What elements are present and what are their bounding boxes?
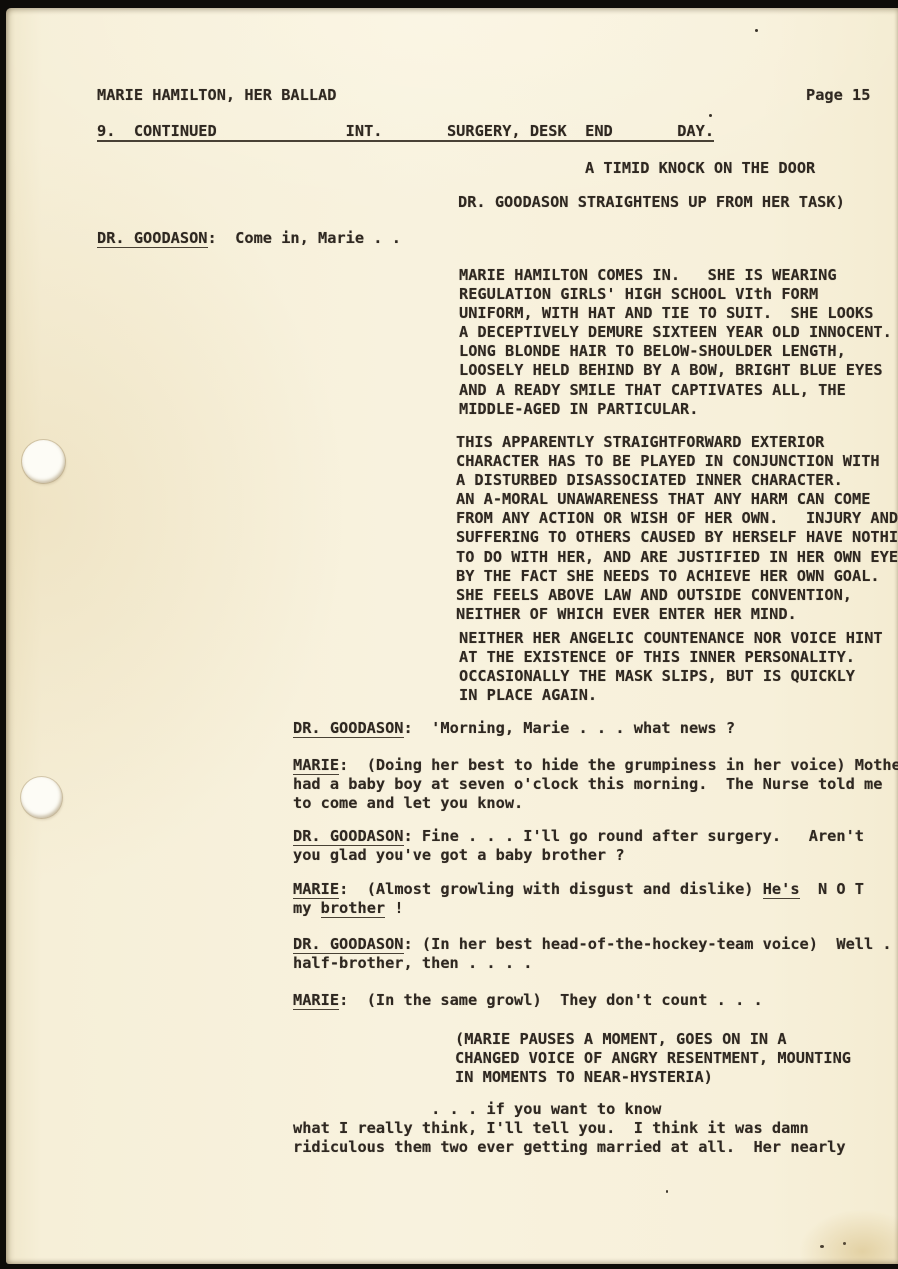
- text-segment: SHE FEELS ABOVE LAW AND OUTSIDE CONVENTI…: [456, 586, 852, 604]
- script-line: LONG BLONDE HAIR TO BELOW-SHOULDER LENGT…: [459, 342, 892, 361]
- script-line: my brother !: [293, 899, 864, 918]
- script-line: NEITHER OF WHICH EVER ENTER HER MIND.: [456, 605, 898, 624]
- text-segment: FROM ANY ACTION OR WISH OF HER OWN. INJU…: [456, 509, 898, 527]
- script-line: had a baby boy at seven o'clock this mor…: [293, 775, 898, 794]
- script-line: BY THE FACT SHE NEEDS TO ACHIEVE HER OWN…: [456, 567, 898, 586]
- punch-hole-top: [22, 440, 65, 483]
- dialogue-goodason-morning: DR. GOODASON: 'Morning, Marie . . . what…: [293, 719, 735, 738]
- text-segment: LONG BLONDE HAIR TO BELOW-SHOULDER LENGT…: [459, 342, 846, 360]
- text-segment: AN A-MORAL UNAWARENESS THAT ANY HARM CAN…: [456, 490, 870, 508]
- underlined-text: He's: [763, 880, 800, 899]
- script-line: SUFFERING TO OTHERS CAUSED BY HERSELF HA…: [456, 528, 898, 547]
- text-segment: : (In her best head-of-the-hockey-team v…: [404, 935, 892, 953]
- underlined-text: 9. CONTINUED INT. SURGERY, DESK END DAY.: [97, 122, 714, 142]
- text-segment: REGULATION GIRLS' HIGH SCHOOL VIth FORM: [459, 285, 818, 303]
- script-line: A DISTURBED DISASSOCIATED INNER CHARACTE…: [456, 471, 898, 490]
- stage-direction-marie-enters: MARIE HAMILTON COMES IN. SHE IS WEARINGR…: [459, 266, 892, 419]
- scene-heading: 9. CONTINUED INT. SURGERY, DESK END DAY.: [97, 122, 714, 141]
- punch-hole-bottom: [21, 777, 62, 818]
- stage-direction-straightens: DR. GOODASON STRAIGHTENS UP FROM HER TAS…: [458, 193, 845, 212]
- script-line: CHANGED VOICE OF ANGRY RESENTMENT, MOUNT…: [455, 1049, 851, 1068]
- script-line: DR. GOODASON: Come in, Marie . .: [97, 229, 401, 248]
- page-number: Page 15: [806, 86, 870, 105]
- underlined-text: DR. GOODASON: [293, 827, 404, 846]
- dialogue-marie-dont-count: MARIE: (In the same growl) They don't co…: [293, 991, 763, 1010]
- script-line: CHARACTER HAS TO BE PLAYED IN CONJUNCTIO…: [456, 452, 898, 471]
- script-line: A TIMID KNOCK ON THE DOOR: [585, 159, 815, 178]
- text-segment: AND A READY SMILE THAT CAPTIVATES ALL, T…: [459, 381, 846, 399]
- script-line: DR. GOODASON: Fine . . . I'll go round a…: [293, 827, 864, 846]
- text-segment: half-brother, then . . . .: [293, 954, 532, 972]
- dialogue-goodason-half-brother: DR. GOODASON: (In her best head-of-the-h…: [293, 935, 892, 973]
- script-line: UNIFORM, WITH HAT AND TIE TO SUIT. SHE L…: [459, 304, 892, 323]
- text-segment: NEITHER OF WHICH EVER ENTER HER MIND.: [456, 605, 797, 623]
- underlined-text: DR. GOODASON: [97, 229, 208, 248]
- text-segment: TO DO WITH HER, AND ARE JUSTIFIED IN HER…: [456, 548, 898, 566]
- text-segment: LOOSELY HELD BEHIND BY A BOW, BRIGHT BLU…: [459, 361, 883, 379]
- stage-direction-angelic-countenance: NEITHER HER ANGELIC COUNTENANCE NOR VOIC…: [459, 629, 883, 705]
- text-segment: : (Almost growling with disgust and disl…: [339, 880, 763, 898]
- script-line: DR. GOODASON: (In her best head-of-the-h…: [293, 935, 892, 954]
- text-segment: AT THE EXISTENCE OF THIS INNER PERSONALI…: [459, 648, 855, 666]
- text-segment: : (Doing her best to hide the grumpiness…: [339, 756, 898, 774]
- dialogue-marie-if-you-want-to-know: . . . if you want to knowwhat I really t…: [293, 1100, 846, 1157]
- script-line: MARIE: (Almost growling with disgust and…: [293, 880, 864, 899]
- text-segment: my: [293, 899, 321, 917]
- script-line: you glad you've got a baby brother ?: [293, 846, 864, 865]
- script-line: MARIE: (Doing her best to hide the grump…: [293, 756, 898, 775]
- underlined-text: MARIE: [293, 880, 339, 899]
- script-line: (MARIE PAUSES A MOMENT, GOES ON IN A: [455, 1030, 851, 1049]
- script-line: AN A-MORAL UNAWARENESS THAT ANY HARM CAN…: [456, 490, 898, 509]
- script-line: OCCASIONALLY THE MASK SLIPS, BUT IS QUIC…: [459, 667, 883, 686]
- script-line: IN PLACE AGAIN.: [459, 686, 883, 705]
- script-line: to come and let you know.: [293, 794, 898, 813]
- text-segment: : Fine . . . I'll go round after surgery…: [404, 827, 864, 845]
- script-line: MARIE: (In the same growl) They don't co…: [293, 991, 763, 1010]
- script-line: half-brother, then . . . .: [293, 954, 892, 973]
- underlined-text: brother: [321, 899, 385, 918]
- text-segment: CHANGED VOICE OF ANGRY RESENTMENT, MOUNT…: [455, 1049, 851, 1067]
- underlined-text: DR. GOODASON: [293, 935, 404, 954]
- underlined-text: MARIE: [293, 991, 339, 1010]
- text-segment: NEITHER HER ANGELIC COUNTENANCE NOR VOIC…: [459, 629, 883, 647]
- dialogue-marie-baby-boy: MARIE: (Doing her best to hide the grump…: [293, 756, 898, 813]
- script-line: DR. GOODASON STRAIGHTENS UP FROM HER TAS…: [458, 193, 845, 212]
- text-segment: IN MOMENTS TO NEAR-HYSTERIA): [455, 1068, 713, 1086]
- text-segment: MARIE HAMILTON COMES IN. SHE IS WEARING: [459, 266, 837, 284]
- script-line: FROM ANY ACTION OR WISH OF HER OWN. INJU…: [456, 509, 898, 528]
- text-segment: . . . if you want to know: [293, 1100, 661, 1118]
- script-line: AT THE EXISTENCE OF THIS INNER PERSONALI…: [459, 648, 883, 667]
- dialogue-goodason-fine: DR. GOODASON: Fine . . . I'll go round a…: [293, 827, 864, 865]
- ink-speck: [755, 29, 758, 32]
- text-segment: MIDDLE-AGED IN PARTICULAR.: [459, 400, 698, 418]
- text-segment: (MARIE PAUSES A MOMENT, GOES ON IN A: [455, 1030, 787, 1048]
- text-segment: you glad you've got a baby brother ?: [293, 846, 625, 864]
- script-line: LOOSELY HELD BEHIND BY A BOW, BRIGHT BLU…: [459, 361, 892, 380]
- text-segment: DR. GOODASON STRAIGHTENS UP FROM HER TAS…: [458, 193, 845, 211]
- script-line: REGULATION GIRLS' HIGH SCHOOL VIth FORM: [459, 285, 892, 304]
- underlined-text: DR. GOODASON: [293, 719, 404, 738]
- script-line: ridiculous them two ever getting married…: [293, 1138, 846, 1157]
- script-line: SHE FEELS ABOVE LAW AND OUTSIDE CONVENTI…: [456, 586, 898, 605]
- text-segment: A TIMID KNOCK ON THE DOOR: [585, 159, 815, 177]
- scanned-script-page: MARIE HAMILTON, HER BALLAD Page 15 9. CO…: [0, 0, 898, 1269]
- text-segment: A DECEPTIVELY DEMURE SIXTEEN YEAR OLD IN…: [459, 323, 892, 341]
- text-segment: had a baby boy at seven o'clock this mor…: [293, 775, 882, 793]
- text-segment: : 'Morning, Marie . . . what news ?: [404, 719, 736, 737]
- text-segment: : (In the same growl) They don't count .…: [339, 991, 763, 1009]
- text-segment: SUFFERING TO OTHERS CAUSED BY HERSELF HA…: [456, 528, 898, 546]
- script-line: MARIE HAMILTON COMES IN. SHE IS WEARING: [459, 266, 892, 285]
- script-line: IN MOMENTS TO NEAR-HYSTERIA): [455, 1068, 851, 1087]
- text-segment: IN PLACE AGAIN.: [459, 686, 597, 704]
- ink-speck: [843, 1242, 846, 1245]
- dialogue-goodason-come-in: DR. GOODASON: Come in, Marie . .: [97, 229, 401, 248]
- script-line: NEITHER HER ANGELIC COUNTENANCE NOR VOIC…: [459, 629, 883, 648]
- text-segment: UNIFORM, WITH HAT AND TIE TO SUIT. SHE L…: [459, 304, 873, 322]
- underlined-text: MARIE: [293, 756, 339, 775]
- text-segment: what I really think, I'll tell you. I th…: [293, 1119, 809, 1137]
- ink-speck: [666, 1190, 668, 1193]
- script-line: what I really think, I'll tell you. I th…: [293, 1119, 846, 1138]
- text-segment: : Come in, Marie . .: [208, 229, 401, 247]
- stage-direction-marie-pauses: (MARIE PAUSES A MOMENT, GOES ON IN ACHAN…: [455, 1030, 851, 1087]
- script-line: 9. CONTINUED INT. SURGERY, DESK END DAY.: [97, 122, 714, 141]
- text-segment: A DISTURBED DISASSOCIATED INNER CHARACTE…: [456, 471, 843, 489]
- script-line: TO DO WITH HER, AND ARE JUSTIFIED IN HER…: [456, 548, 898, 567]
- text-segment: THIS APPARENTLY STRAIGHTFORWARD EXTERIOR: [456, 433, 824, 451]
- document-title: MARIE HAMILTON, HER BALLAD: [97, 86, 336, 105]
- script-line: A DECEPTIVELY DEMURE SIXTEEN YEAR OLD IN…: [459, 323, 892, 342]
- stage-direction-inner-character: THIS APPARENTLY STRAIGHTFORWARD EXTERIOR…: [456, 433, 898, 624]
- text-segment: BY THE FACT SHE NEEDS TO ACHIEVE HER OWN…: [456, 567, 880, 585]
- script-line: DR. GOODASON: 'Morning, Marie . . . what…: [293, 719, 735, 738]
- text-segment: ridiculous them two ever getting married…: [293, 1138, 846, 1156]
- ink-speck: [709, 114, 712, 117]
- script-line: . . . if you want to know: [293, 1100, 846, 1119]
- stage-direction-knock: A TIMID KNOCK ON THE DOOR: [585, 159, 815, 178]
- text-segment: CHARACTER HAS TO BE PLAYED IN CONJUNCTIO…: [456, 452, 880, 470]
- ink-speck: [820, 1245, 824, 1248]
- script-line: AND A READY SMILE THAT CAPTIVATES ALL, T…: [459, 381, 892, 400]
- text-segment: N O T: [800, 880, 864, 898]
- dialogue-marie-not-brother: MARIE: (Almost growling with disgust and…: [293, 880, 864, 918]
- text-segment: !: [385, 899, 403, 917]
- script-line: MIDDLE-AGED IN PARTICULAR.: [459, 400, 892, 419]
- script-line: THIS APPARENTLY STRAIGHTFORWARD EXTERIOR: [456, 433, 898, 452]
- text-segment: to come and let you know.: [293, 794, 523, 812]
- text-segment: OCCASIONALLY THE MASK SLIPS, BUT IS QUIC…: [459, 667, 855, 685]
